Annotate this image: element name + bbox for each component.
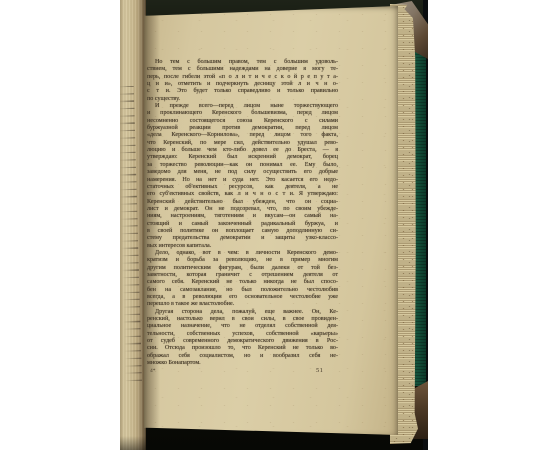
text-line: «дела Керенского—Корнилова», перед лицом… [147,132,338,139]
text-line: и проклинающего Керенского большевизма, … [147,110,338,117]
text-line: перешло в такое же властолюбие. [147,301,338,308]
text-line: циальное назначение, что не отделял собс… [147,323,338,330]
signature-mark: 4* [150,368,156,374]
text-line: ображал себя социалистом, но и вообразил… [147,353,338,360]
text-line: тельности, собственных успехов, собствен… [147,331,338,338]
text-line: его суб'ективных свойств, как л и ч н о … [147,191,338,198]
text-line: ниям, настроениям, тяготениям и вкусам—о… [147,213,338,220]
text-line: несомненно состоящегося союза Керенского… [147,118,338,125]
text-line: по существу. [147,96,338,103]
text-line: намерения. Но на нет и суда нет. Это кас… [147,177,338,184]
text-line: ствием, тем с большими надеждами на дове… [147,66,338,73]
page-number: 51 [316,367,323,374]
text-line: стему предательства демократии и защиты … [147,235,338,242]
text-line: самого себя. Керенский не только никогда… [147,279,338,286]
book-photo-canvas: Но тем с большим правом, тем с большим у… [0,0,550,450]
text-line: утверждаю: Керенский был искренний демок… [147,154,338,161]
text-line: кратизм и борьба за революцию, не в прим… [147,257,338,264]
text-block: Но тем с большим правом, тем с большим у… [147,59,338,367]
text-line: с т и. Это будет только справедливо и то… [147,88,338,95]
text-line: Керенский действительно был убежден, что… [147,199,338,206]
text-line: в своей политике он воплощает самую допо… [147,228,338,235]
text-line: вых интересов капитала. [147,243,338,250]
text-line: бен на самозаклание, но был положительно… [147,287,338,294]
text-line: сии. Отсюда произошло то, что Керенский … [147,345,338,352]
text-line: заведомо для меня, не под силу осуществи… [147,169,338,176]
text-line: множко Бонапартом. [147,360,338,367]
text-line: другим политическим фигурам, были далеки… [147,265,338,272]
open-book-photo: Но тем с большим правом, тем с большим у… [120,0,428,450]
text-line: Другая сторона дела, пожалуй, еще важнее… [147,309,338,316]
text-line: перь, после гибели этой «п о л и т и ч е… [147,74,338,81]
text-line: стоящий и самый законченный радикальный … [147,221,338,228]
